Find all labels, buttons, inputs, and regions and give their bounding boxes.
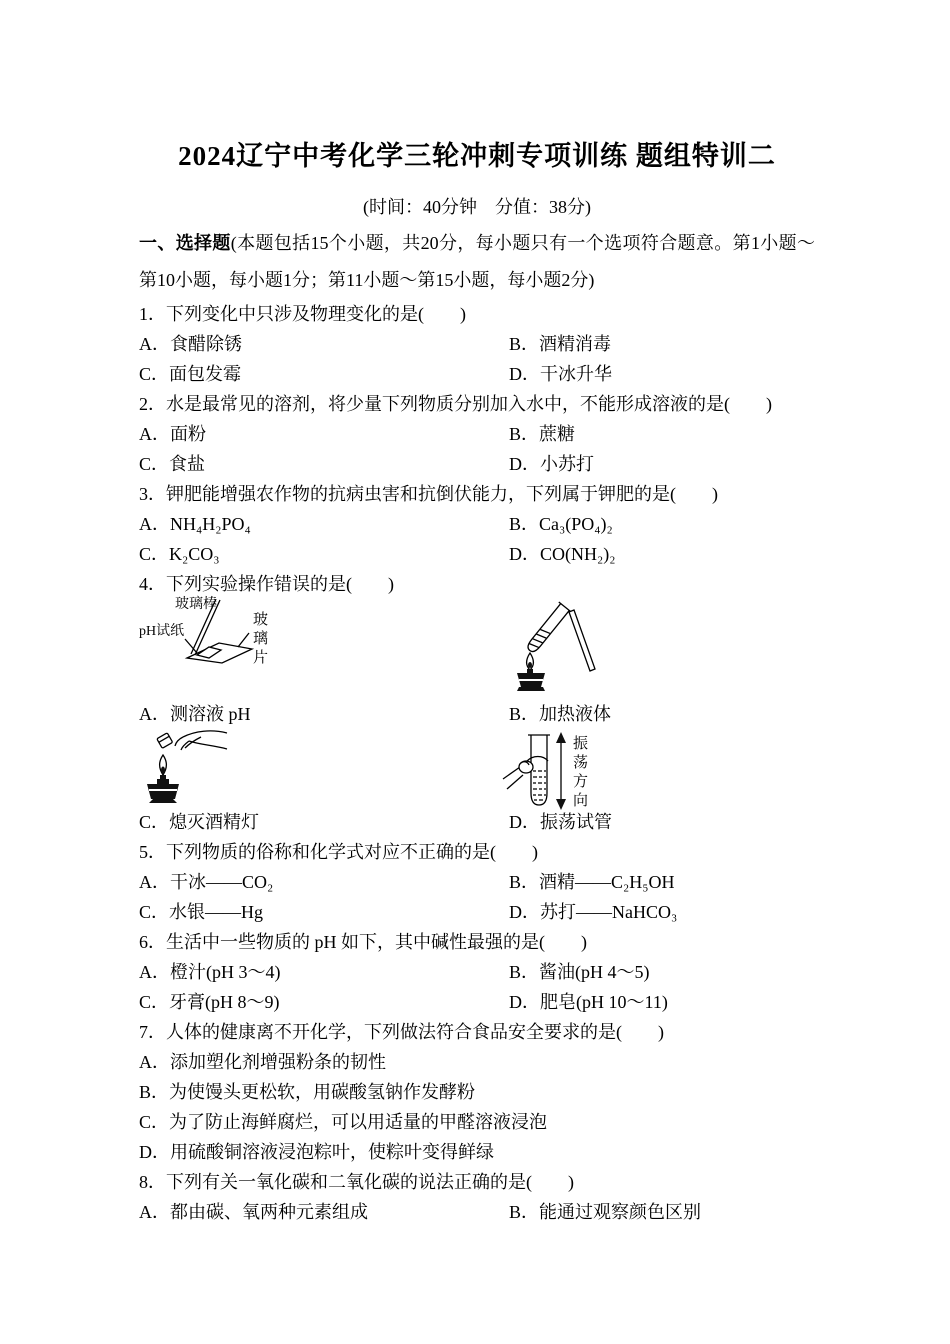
ph-paper-label: pH试纸 — [139, 624, 184, 639]
hand-arm-line — [503, 767, 520, 779]
hand-finger — [175, 737, 183, 746]
shake-direction-label: 振荡方向 — [571, 735, 586, 811]
question-7-options: A．添加塑化剂增强粉条的韧性 B．为使馒头更松软，用碳酸氢钠作发酵粉 C．为了防… — [139, 1047, 815, 1167]
question-8-options: A．都由碳、氧两种元素组成 B．能通过观察颜色区别 — [139, 1197, 815, 1227]
flame-core — [161, 767, 165, 774]
question-5-option-d: D．苏打——NaHCO₃ — [509, 897, 815, 927]
question-7-option-c: C．为了防止海鲜腐烂，可以用适量的甲醛溶液浸泡 — [139, 1107, 815, 1137]
question-7-stem: 7．人体的健康离不开化学，下列做法符合食品安全要求的是( ) — [139, 1017, 815, 1047]
question-4-stem: 4．下列实验操作错误的是( ) — [139, 569, 815, 599]
exam-document-page: { "page": { "title": "2024辽宁中考化学三轮冲刺专项训练… — [0, 0, 950, 1344]
hand — [189, 741, 227, 749]
question-5-stem: 5．下列物质的俗称和化学式对应不正确的是( ) — [139, 837, 815, 867]
section-heading-title: 一、选择题 — [139, 233, 231, 253]
question-2-option-b: B．蔗糖 — [509, 419, 815, 449]
alcohol-lamp-body — [147, 784, 179, 799]
question-4-option-c: C．熄灭酒精灯 — [139, 807, 509, 837]
extinguish-lamp-drawing — [139, 729, 234, 805]
test-tube-body — [525, 604, 569, 654]
alcohol-lamp-base — [517, 687, 545, 691]
question-3-option-c: C．K₂CO₃ — [139, 539, 509, 569]
question-4-figures-top: 玻璃棒 pH试纸 玻璃片 — [139, 599, 815, 699]
wick-holder — [160, 775, 166, 779]
question-6-options: A．橙汁(pH 3～4) B．酱油(pH 4～5) C．牙膏(pH 8～9) D… — [139, 957, 815, 1017]
question-4-option-a: A．测溶液 pH — [139, 699, 509, 729]
question-3-option-b: B．Ca₃(PO₄)₂ — [509, 509, 815, 539]
question-6-stem: 6．生活中一些物质的 pH 如下，其中碱性最强的是( ) — [139, 927, 815, 957]
test-tube-tilted — [524, 602, 572, 656]
question-5-option-b: B．酒精——C₂H₅OH — [509, 867, 815, 897]
question-4-captions-top: A．测溶液 pH B．加热液体 — [139, 699, 815, 729]
shake-arrow-up — [556, 732, 566, 743]
question-3-option-d: D．CO(NH₂)₂ — [509, 539, 815, 569]
flame-core — [528, 662, 532, 668]
question-1-option-b: B．酒精消毒 — [509, 329, 815, 359]
question-2-stem: 2．水是最常见的溶剂，将少量下列物质分别加入水中，不能形成溶液的是( ) — [139, 389, 815, 419]
lamp-cap-body — [157, 733, 173, 749]
question-3-option-a: A．NH₄H₂PO₄ — [139, 509, 509, 539]
question-2-option-a: A．面粉 — [139, 419, 509, 449]
question-4-figures-bottom: 振荡方向 — [139, 729, 815, 807]
question-8-option-a: A．都由碳、氧两种元素组成 — [139, 1197, 509, 1227]
figure-measure-ph: 玻璃棒 pH试纸 玻璃片 — [139, 599, 379, 689]
exam-content: 2024辽宁中考化学三轮冲刺专项训练 题组特训二 (时间：40分钟 分值：38分… — [139, 138, 815, 1227]
question-2-option-c: C．食盐 — [139, 449, 509, 479]
question-5-options: A．干冰——CO₂ B．酒精——C₂H₅OH C．水银——Hg D．苏打——Na… — [139, 867, 815, 927]
lamp-cap — [157, 733, 173, 749]
question-5-option-a: A．干冰——CO₂ — [139, 867, 509, 897]
figure-extinguish-lamp — [139, 729, 379, 805]
section-heading: 一、选择题(本题包括15个小题，共20分，每小题只有一个选项符合题意。第1小题～… — [139, 225, 815, 299]
tube-holder — [569, 610, 595, 671]
question-4-captions-bottom: C．熄灭酒精灯 D．振荡试管 — [139, 807, 815, 837]
heat-liquid-drawing — [509, 599, 609, 693]
question-1-option-d: D．干冰升华 — [509, 359, 815, 389]
question-4-option-b: B．加热液体 — [509, 699, 815, 729]
question-6-option-d: D．肥皂(pH 10～11) — [509, 987, 815, 1017]
glass-rod-label: 玻璃棒 — [175, 597, 217, 612]
shake-arrow-down — [556, 799, 566, 810]
section-heading-description: (本题包括15个小题，共20分，每小题只有一个选项符合题意。第1小题～第10小题… — [139, 233, 815, 290]
question-3-options: A．NH₄H₂PO₄ B．Ca₃(PO₄)₂ C．K₂CO₃ D．CO(NH₂)… — [139, 509, 815, 569]
wick-holder — [527, 669, 533, 673]
question-1-stem: 1．下列变化中只涉及物理变化的是( ) — [139, 299, 815, 329]
question-7-option-b: B．为使馒头更松软，用碳酸氢钠作发酵粉 — [139, 1077, 815, 1107]
page-title: 2024辽宁中考化学三轮冲刺专项训练 题组特训二 — [139, 138, 815, 174]
alcohol-lamp-base — [149, 799, 177, 803]
question-3-stem: 3．钾肥能增强农作物的抗病虫害和抗倒伏能力，下列属于钾肥的是( ) — [139, 479, 815, 509]
question-1-options: A．食醋除锈 B．酒精消毒 C．面包发霉 D．干冰升华 — [139, 329, 815, 389]
hand-arm-line — [507, 775, 523, 789]
lamp-neck — [157, 779, 169, 784]
question-1-option-a: A．食醋除锈 — [139, 329, 509, 359]
question-2-option-d: D．小苏打 — [509, 449, 815, 479]
question-8-stem: 8．下列有关一氧化碳和二氧化碳的说法正确的是( ) — [139, 1167, 815, 1197]
question-6-option-a: A．橙汁(pH 3～4) — [139, 957, 509, 987]
question-7-option-d: D．用硫酸铜溶液浸泡粽叶，使粽叶变得鲜绿 — [139, 1137, 815, 1167]
glass-plate-label: 玻璃片 — [251, 611, 266, 668]
figure-heat-liquid — [509, 599, 619, 695]
plate-leader-line — [238, 633, 249, 647]
question-8-option-b: B．能通过观察颜色区别 — [509, 1197, 815, 1227]
exam-time-score: (时间：40分钟 分值：38分) — [139, 194, 815, 220]
figure-shake-tube: 振荡方向 — [509, 729, 649, 807]
question-6-option-c: C．牙膏(pH 8～9) — [139, 987, 509, 1017]
question-7-option-a: A．添加塑化剂增强粉条的韧性 — [139, 1047, 815, 1077]
question-1-option-c: C．面包发霉 — [139, 359, 509, 389]
hand — [183, 731, 227, 737]
question-2-options: A．面粉 B．蔗糖 C．食盐 D．小苏打 — [139, 419, 815, 479]
question-6-option-b: B．酱油(pH 4～5) — [509, 957, 815, 987]
question-5-option-c: C．水银——Hg — [139, 897, 509, 927]
